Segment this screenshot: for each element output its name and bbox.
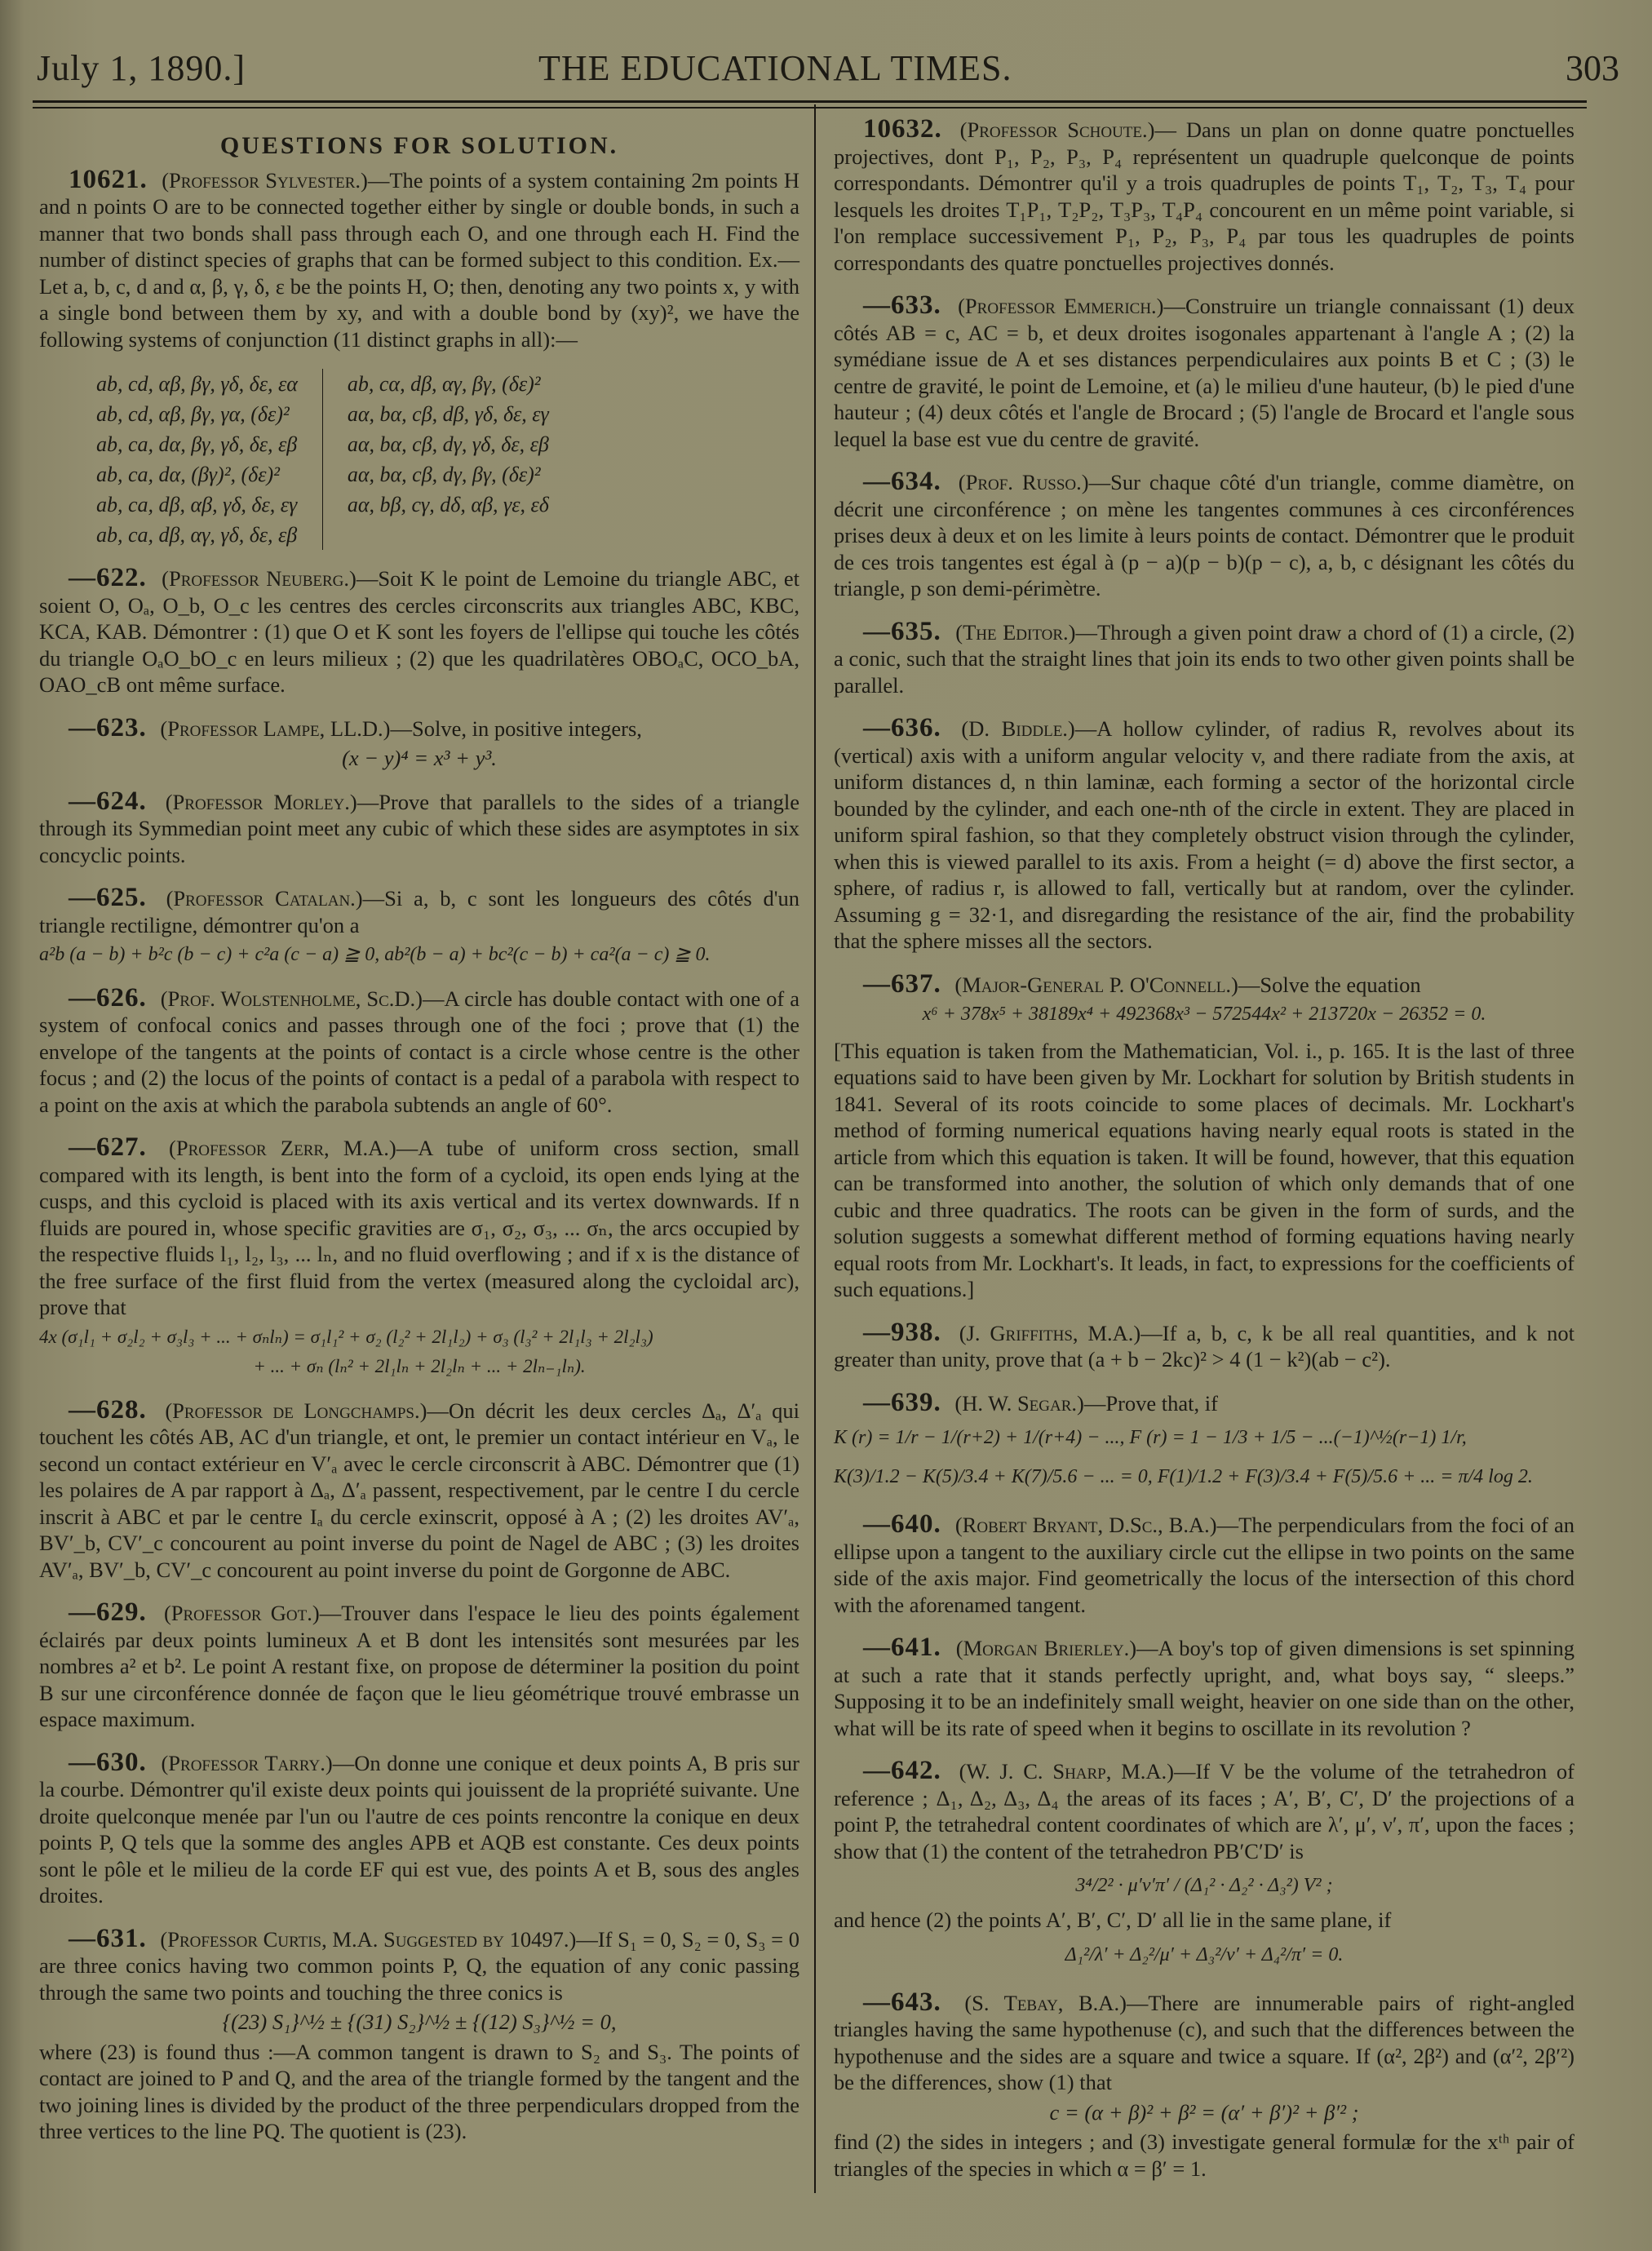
graph-item: ab, ca, dα, βγ, γδ, δε, εβ (96, 429, 298, 459)
question-628: —628. (Professor de Longchamps.)—On décr… (39, 1397, 799, 1584)
equation: + ... + σₙ (lₙ² + 2l₁lₙ + 2l₂lₙ + ... + … (39, 1354, 799, 1380)
question-author: (Professor de Longchamps.) (165, 1398, 427, 1423)
question-number: —643. (863, 1987, 941, 2017)
question-author: (Prof. Russo.) (959, 470, 1089, 494)
question-author: (Major-General P. O'Connell.) (954, 973, 1238, 997)
question-text: —Sur chaque côté d'un triangle, comme di… (834, 470, 1574, 600)
question-text-continued: and hence (2) the points A′, B′, C′, D′ … (834, 1907, 1574, 1934)
question-number: 10632. (863, 114, 942, 144)
question-author: (Professor Got.) (164, 1601, 320, 1625)
question-number: —635. (863, 617, 941, 646)
question-number: —623. (69, 713, 147, 742)
question-number: 10621. (69, 165, 148, 194)
question-number: —622. (69, 563, 147, 592)
question-text: —Trouver dans l'espace le lieu des point… (39, 1601, 799, 1731)
question-author: (Professor Morley.) (166, 790, 357, 814)
question-text: —Prove that parallels to the sides of a … (39, 790, 799, 867)
equation: c = (α + β)² + β² = (α′ + β′)² + β′² ; (834, 2099, 1574, 2126)
page-number: 303 (1566, 47, 1619, 89)
right-column: 10632. (Professor Schoute.)— Dans un pla… (814, 104, 1574, 2193)
graph-item: aα, bα, cβ, dγ, γδ, δε, εβ (348, 429, 549, 459)
header-rule-thick (33, 100, 1587, 103)
question-author: (Prof. Wolstenholme, Sc.D.) (161, 986, 423, 1011)
question-text: —On donne une conique et deux points A, … (39, 1751, 799, 1908)
question-626: —626. (Prof. Wolstenholme, Sc.D.)—A circ… (39, 985, 799, 1119)
question-number: —626. (69, 983, 147, 1013)
question-text: —A hollow cylinder, of radius R, revolve… (834, 716, 1574, 953)
equation: 3⁴/2² · μ′ν′π′ / (Δ₁² · Δ₂² · Δ₃²) V² ; (834, 1868, 1574, 1903)
question-text: —Solve the equation (1238, 973, 1421, 997)
question-text: —Si a, b, c sont les longueurs des côtés… (39, 886, 799, 937)
question-622: —622. (Professor Neuberg.)—Soit K le poi… (39, 565, 799, 698)
graph-item: ab, cα, dβ, αγ, βγ, (δε)² (348, 369, 549, 399)
question-number: —641. (863, 1633, 941, 1662)
question-938: —938. (J. Griffiths, M.A.)—If a, b, c, k… (834, 1319, 1574, 1373)
question-author: (J. Griffiths, M.A.) (959, 1321, 1141, 1345)
question-627: —627. (Professor Zerr, M.A.)—A tube of u… (39, 1134, 799, 1321)
question-author: (Professor Tarry.) (161, 1751, 332, 1775)
question-author: (D. Biddle.) (961, 716, 1074, 741)
question-text: —If V be the volume of the tetrahedron o… (834, 1759, 1574, 1863)
question-number: —938. (863, 1318, 941, 1347)
graph-item: ab, ca, dβ, αβ, γδ, δε, εγ (96, 490, 298, 520)
question-number: —637. (863, 969, 941, 999)
graph-item: aα, bα, cβ, dβ, γδ, δε, εγ (348, 399, 549, 429)
question-text: —A tube of uniform cross section, small … (39, 1136, 799, 1319)
question-625: —625. (Professor Catalan.)—Si a, b, c so… (39, 884, 799, 938)
question-639: —639. (H. W. Segar.)—Prove that, if (834, 1389, 1574, 1417)
graph-item: aα, bα, cβ, dγ, βγ, (δε)² (348, 459, 549, 490)
graph-item: ab, cd, αβ, βγ, γα, (δε)² (96, 399, 298, 429)
question-author: (Professor Lampe, LL.D.) (160, 716, 390, 741)
question-author: (Morgan Brierley.) (956, 1636, 1136, 1660)
question-number: —634. (863, 467, 941, 496)
question-number: —625. (69, 883, 147, 912)
question-10621: 10621. (Professor Sylvester.)—The points… (39, 166, 799, 353)
question-number: —631. (69, 1924, 147, 1953)
question-642: —642. (W. J. C. Sharp, M.A.)—If V be the… (834, 1757, 1574, 1864)
question-author: (Professor Catalan.) (166, 886, 363, 911)
equation: x⁶ + 378x⁵ + 38189x⁴ + 492368x³ − 572544… (834, 1001, 1574, 1028)
question-641: —641. (Morgan Brierley.)—A boy's top of … (834, 1634, 1574, 1741)
issue-date: July 1, 1890.] (37, 47, 246, 89)
equation: a²b (a − b) + b²c (b − c) + c²a (c − a) … (39, 942, 799, 968)
question-636: —636. (D. Biddle.)—A hollow cylinder, of… (834, 715, 1574, 955)
question-text: — Dans un plan on donne quatre ponctuell… (834, 117, 1574, 275)
question-text: —Solve, in positive integers, (390, 716, 641, 741)
question-text: —Through a given point draw a chord of (… (834, 620, 1574, 698)
page-header: July 1, 1890.] THE EDUCATIONAL TIMES. 30… (33, 47, 1619, 96)
question-text: —The points of a system containing 2m po… (39, 168, 799, 352)
question-10632: 10632. (Professor Schoute.)— Dans un pla… (834, 116, 1574, 276)
question-629: —629. (Professor Got.)—Trouver dans l'es… (39, 1599, 799, 1733)
question-text: —A boy's top of given dimensions is set … (834, 1636, 1574, 1740)
question-author: (Robert Bryant, D.Sc., B.A.) (955, 1513, 1217, 1537)
editorial-note: [This equation is taken from the Mathema… (834, 1038, 1574, 1303)
question-number: —636. (863, 713, 941, 742)
question-author: (H. W. Segar.) (954, 1391, 1083, 1416)
graph-item: ab, ca, dα, (βγ)², (δε)² (96, 459, 298, 490)
question-author: (Professor Schoute.) (960, 117, 1155, 142)
question-630: —630. (Professor Tarry.)—On donne une co… (39, 1749, 799, 1909)
graph-item: ab, ca, dβ, αγ, γδ, δε, εβ (96, 520, 298, 550)
equation: K (r) = 1/r − 1/(r+2) + 1/(r+4) − ..., F… (834, 1420, 1574, 1456)
question-number: —627. (69, 1132, 147, 1162)
question-author: (Professor Sylvester.) (162, 168, 368, 193)
question-635: —635. (The Editor.)—Through a given poin… (834, 618, 1574, 699)
question-number: —630. (69, 1748, 147, 1777)
graph-list-right: ab, cα, dβ, αγ, βγ, (δε)² aα, bα, cβ, dβ… (322, 369, 574, 550)
question-637: —637. (Major-General P. O'Connell.)—Solv… (834, 971, 1574, 999)
equation: {(23) S₁}^½ ± {(31) S₂}^½ ± {(12) S₃}^½ … (39, 2009, 799, 2036)
graph-list-left: ab, cd, αβ, βγ, γδ, δε, εα ab, cd, αβ, β… (96, 369, 322, 550)
question-author: (Professor Zerr, M.A.) (169, 1136, 396, 1160)
question-number: —640. (863, 1509, 941, 1539)
question-text: —If a, b, c, k be all real quantities, a… (834, 1321, 1574, 1372)
question-number: —642. (863, 1756, 941, 1785)
question-text-continued: where (23) is found thus :—A common tang… (39, 2039, 799, 2145)
graph-list: ab, cd, αβ, βγ, γδ, δε, εα ab, cd, αβ, β… (96, 369, 799, 550)
question-number: —624. (69, 787, 147, 816)
question-text: —Prove that, if (1084, 1391, 1218, 1416)
question-623: —623. (Professor Lampe, LL.D.)—Solve, in… (39, 715, 799, 742)
question-624: —624. (Professor Morley.)—Prove that par… (39, 788, 799, 869)
question-633: —633. (Professor Emmerich.)—Construire u… (834, 292, 1574, 452)
question-634: —634. (Prof. Russo.)—Sur chaque côté d'u… (834, 468, 1574, 602)
journal-page: July 1, 1890.] THE EDUCATIONAL TIMES. 30… (33, 0, 1619, 2251)
left-column: QUESTIONS FOR SOLUTION. 10621. (Professo… (39, 118, 799, 2161)
question-640: —640. (Robert Bryant, D.Sc., B.A.)—The p… (834, 1511, 1574, 1618)
question-text-continued: find (2) the sides in integers ; and (3)… (834, 2129, 1574, 2182)
equation: 4x (σ₁l₁ + σ₂l₂ + σ₃l₃ + ... + σₙlₙ) = σ… (39, 1324, 799, 1351)
question-number: —628. (69, 1395, 147, 1425)
question-number: —633. (863, 290, 941, 320)
question-author: (Professor Emmerich.) (958, 294, 1163, 318)
question-number: —639. (863, 1388, 941, 1417)
question-author: (Professor Neuberg.) (162, 566, 357, 591)
equation: (x − y)⁴ = x³ + y³. (39, 745, 799, 772)
section-title: QUESTIONS FOR SOLUTION. (39, 133, 799, 160)
question-author: (S. Tebay, B.A.) (964, 1991, 1127, 2015)
graph-item: ab, cd, αβ, βγ, γδ, δε, εα (96, 369, 298, 399)
graph-item: aα, bβ, cγ, dδ, αβ, γε, εδ (348, 490, 549, 520)
question-author: (Professor Curtis, M.A. Suggested by 104… (160, 1927, 576, 1952)
question-text: —Construire un triangle connaissant (1) … (834, 294, 1574, 451)
question-643: —643. (S. Tebay, B.A.)—There are innumer… (834, 1989, 1574, 2096)
journal-title: THE EDUCATIONAL TIMES. (538, 47, 1012, 89)
question-author: (The Editor.) (955, 620, 1075, 645)
question-text: —There are innumerable pairs of right-an… (834, 1991, 1574, 2095)
equation: Δ₁²/λ′ + Δ₂²/μ′ + Δ₃²/ν′ + Δ₄²/π′ = 0. (834, 1937, 1574, 1973)
question-text: —On décrit les deux cercles Δₐ, Δ′ₐ qui … (39, 1398, 799, 1582)
question-631: —631. (Professor Curtis, M.A. Suggested … (39, 1925, 799, 2006)
equation: K(3)/1.2 − K(5)/3.4 + K(7)/5.6 − ... = 0… (834, 1459, 1574, 1495)
question-author: (W. J. C. Sharp, M.A.) (959, 1759, 1174, 1784)
question-number: —629. (69, 1597, 147, 1627)
question-text: —Soit K le point de Lemoine du triangle … (39, 566, 799, 697)
